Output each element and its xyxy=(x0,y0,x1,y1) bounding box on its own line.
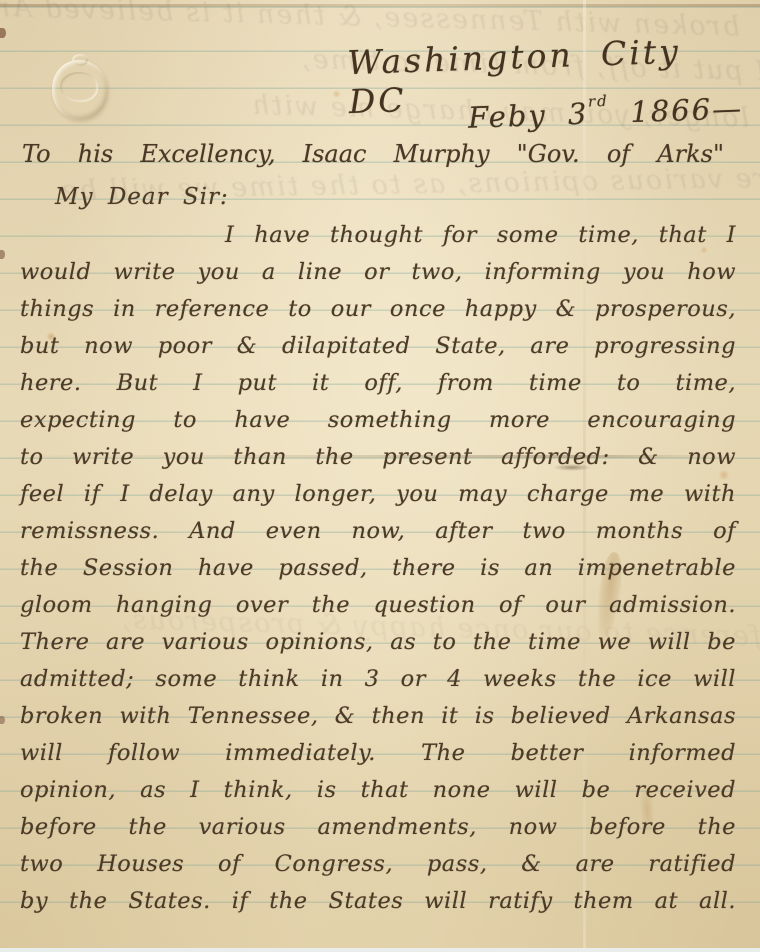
letter-line: will follow immediately. The better info… xyxy=(20,740,736,777)
letter-scan: broken with Tennessee, & then it is beli… xyxy=(0,0,760,952)
date-prefix: Feby 3 xyxy=(467,97,588,135)
letter-line: here. But I put it off, from time to tim… xyxy=(20,370,736,407)
letter-line: before the various amendments, now befor… xyxy=(20,814,736,851)
scan-edge-artifact xyxy=(0,28,6,38)
letter-line: feel if I delay any longer, you may char… xyxy=(20,481,736,518)
salutation: My Dear Sir: xyxy=(55,184,229,210)
embossed-seal-icon xyxy=(52,60,108,120)
letter-body: I have thought for some time, that I wou… xyxy=(20,222,736,925)
letter-line: two Houses of Congress, pass, & are rati… xyxy=(20,851,736,888)
letter-line: admitted; some think in 3 or 4 weeks the… xyxy=(20,666,736,703)
letter-line: the Session have passed, there is an imp… xyxy=(20,555,736,592)
date-ordinal: rd xyxy=(588,92,609,111)
letter-line: gloom hanging over the question of our a… xyxy=(20,592,736,629)
letter-line: I have thought for some time, that I xyxy=(20,222,736,259)
letter-line: expecting to have something more encoura… xyxy=(20,407,736,444)
letter-line: by the States. if the States will ratify… xyxy=(20,888,736,925)
scan-edge-artifact xyxy=(0,716,5,724)
letter-line: broken with Tennessee, & then it is beli… xyxy=(20,703,736,740)
letter-line: opinion, as I think, is that none will b… xyxy=(20,777,736,814)
letter-line: to write you than the present afforded: … xyxy=(20,444,736,481)
letter-line: but now poor & dilapitated State, are pr… xyxy=(20,333,736,370)
recipient-line: To his Excellency, Isaac Murphy "Gov. of… xyxy=(22,140,724,168)
date-flourish: — xyxy=(711,91,743,126)
top-fold-edge xyxy=(0,4,760,7)
scan-edge-artifact xyxy=(0,250,5,259)
letter-line: things in reference to our once happy & … xyxy=(20,296,736,333)
letter-line: remissness. And even now, after two mont… xyxy=(20,518,736,555)
date-year: 1866 xyxy=(630,92,713,129)
foxing-spot xyxy=(332,90,341,98)
letter-line: would write you a line or two, informing… xyxy=(20,259,736,296)
letter-line: There are various opinions, as to the ti… xyxy=(20,629,736,666)
